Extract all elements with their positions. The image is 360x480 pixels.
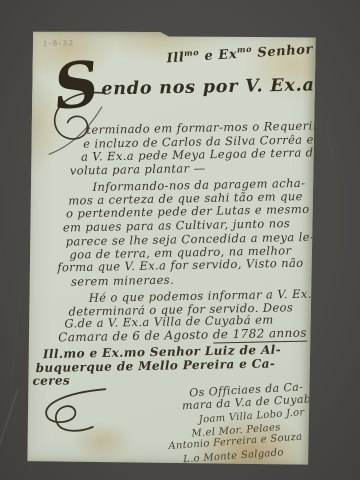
manuscript-line: forma que V. Ex.a for servido, Visto não xyxy=(57,258,304,274)
manuscript-paper: 1-8-32 Illmo e Exmo Senhor S endo nos po… xyxy=(26,30,316,466)
opening-text: endo nos por V. Ex.a de- xyxy=(101,77,355,108)
salutation-sup: mo xyxy=(237,44,253,55)
dateline-text: Camara de 6 de Agosto xyxy=(58,327,213,344)
signature: L.o Monte Salgado xyxy=(183,448,284,465)
dateline: Camara de 6 de Agosto de 1782 annos xyxy=(58,327,307,344)
salutation-sup: mo xyxy=(184,47,200,58)
closing-address: buquerque de Mello Pereira e Ca- xyxy=(36,357,276,374)
salutation-text: Senhor xyxy=(252,42,314,61)
signature: Joam Villa Lobo J.or xyxy=(199,408,305,426)
manuscript-line: serem mineraes. xyxy=(71,275,174,288)
signature-flourish xyxy=(35,382,120,439)
archival-mark: 1-8-32 xyxy=(43,39,75,48)
background-scratch xyxy=(10,300,20,390)
photograph-background: 1-8-32 Illmo e Exmo Senhor S endo nos po… xyxy=(0,0,360,480)
dateline-underline: de 1782 annos xyxy=(213,326,307,344)
opening-line: S endo nos por V. Ex.a de- xyxy=(54,59,355,109)
initial-letter: S xyxy=(52,61,102,111)
background-scratch xyxy=(326,120,336,169)
background-scratch xyxy=(0,389,18,448)
manuscript-line: voluta para plantar — xyxy=(70,163,206,177)
